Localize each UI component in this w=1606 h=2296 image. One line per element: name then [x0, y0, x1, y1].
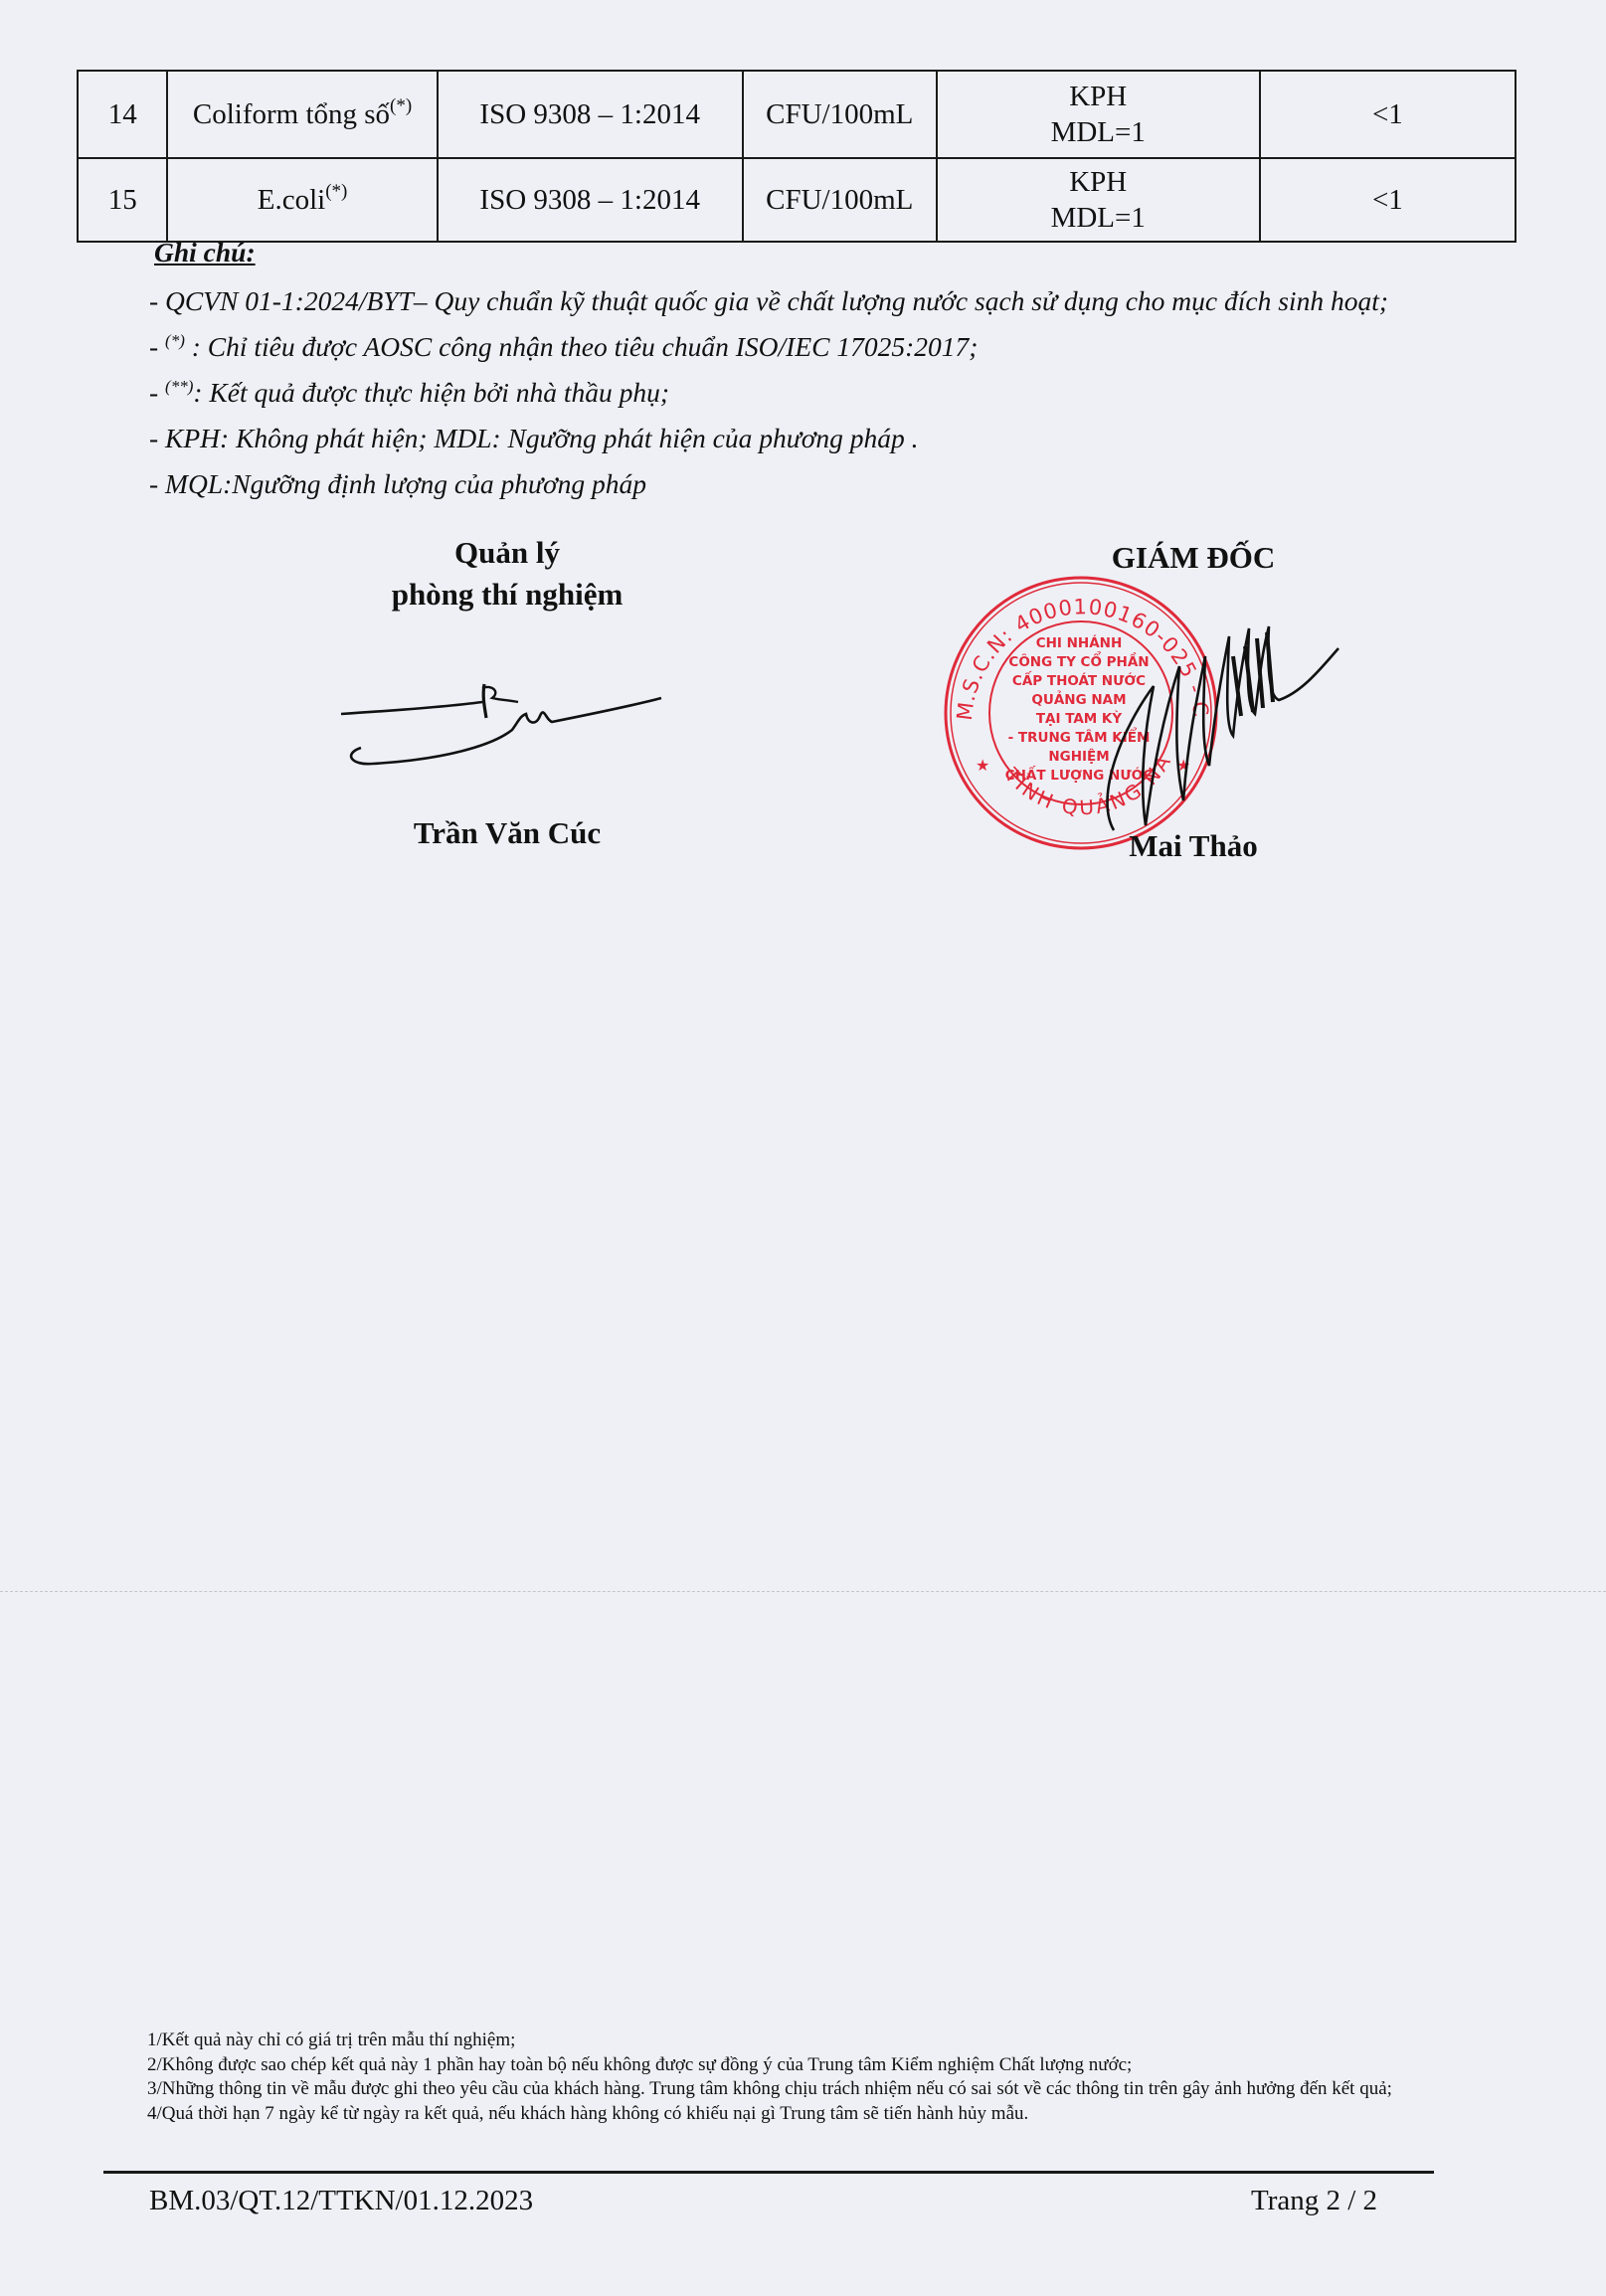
test-method: ISO 9308 – 1:2014 — [438, 71, 743, 158]
note-line: - QCVN 01-1:2024/BYT– Quy chuẩn kỹ thuật… — [149, 278, 1541, 324]
test-method: ISO 9308 – 1:2014 — [438, 158, 743, 242]
unit: CFU/100mL — [743, 71, 937, 158]
test-result: KPHMDL=1 — [937, 71, 1260, 158]
limit-value: <1 — [1260, 71, 1516, 158]
lab-manager-title: Quản lý phòng thí nghiệm — [328, 532, 686, 616]
note-line: - (*) : Chỉ tiêu được AOSC công nhận the… — [149, 324, 1541, 370]
disclaimers: 1/Kết quả này chỉ có giá trị trên mẫu th… — [147, 2029, 1539, 2126]
parameter-name: E.coli(*) — [167, 158, 437, 242]
director-name: Mai Thảo — [1084, 828, 1303, 864]
note-line: - (**): Kết quả được thực hiện bởi nhà t… — [149, 370, 1541, 416]
notes-title: Ghi chú: — [154, 237, 1541, 268]
table-row: 15 E.coli(*) ISO 9308 – 1:2014 CFU/100mL… — [78, 158, 1516, 242]
row-number: 14 — [78, 71, 167, 158]
fold-line — [0, 1591, 1606, 1592]
director-title: GIÁM ĐỐC — [1074, 540, 1313, 576]
parameter-name: Coliform tổng số(*) — [167, 71, 437, 158]
table-row: 14 Coliform tổng số(*) ISO 9308 – 1:2014… — [78, 71, 1516, 158]
lab-manager-name: Trần Văn Cúc — [328, 815, 686, 851]
disclaimer-item: 2/Không được sao chép kết quả này 1 phần… — [147, 2053, 1539, 2078]
limit-value: <1 — [1260, 158, 1516, 242]
disclaimer-item: 3/Những thông tin về mẫu được ghi theo y… — [147, 2077, 1539, 2102]
document-page: 14 Coliform tổng số(*) ISO 9308 – 1:2014… — [0, 0, 1606, 2296]
note-line: - KPH: Không phát hiện; MDL: Ngưỡng phát… — [149, 416, 1541, 461]
results-table: 14 Coliform tổng số(*) ISO 9308 – 1:2014… — [77, 70, 1517, 243]
lab-manager-signature-icon — [333, 676, 671, 786]
page-number: Trang 2 / 2 — [1251, 2185, 1377, 2217]
disclaimer-item: 4/Quá thời hạn 7 ngày kể từ ngày ra kết … — [147, 2102, 1539, 2127]
unit: CFU/100mL — [743, 158, 937, 242]
note-line: - MQL:Ngưỡng định lượng của phương pháp — [149, 461, 1541, 507]
footer-divider — [103, 2171, 1434, 2174]
notes-section: Ghi chú: - QCVN 01-1:2024/BYT– Quy chuẩn… — [149, 237, 1541, 507]
test-result: KPHMDL=1 — [937, 158, 1260, 242]
row-number: 15 — [78, 158, 167, 242]
director-signature-icon — [1084, 617, 1342, 845]
form-code: BM.03/QT.12/TTKN/01.12.2023 — [149, 2185, 533, 2217]
disclaimer-item: 1/Kết quả này chỉ có giá trị trên mẫu th… — [147, 2029, 1539, 2053]
